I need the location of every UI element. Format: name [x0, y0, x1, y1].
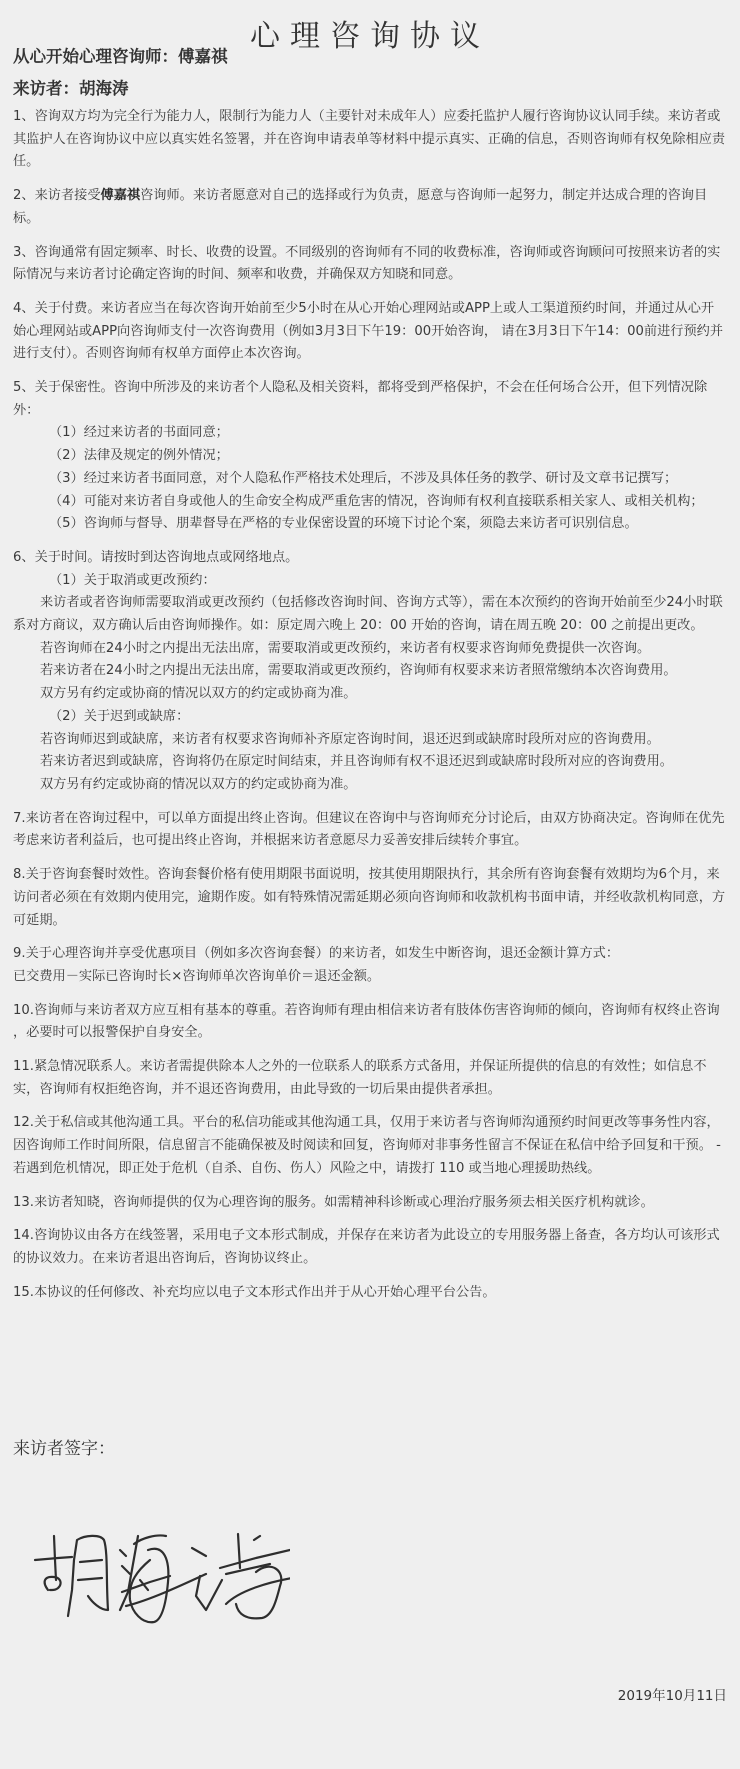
clause-4: 4、关于付费。来访者应当在每次咨询开始前至少5小时在从心开始心理网站或APP上或… [13, 298, 727, 366]
subsection-paragraph: 双方另有约定或协商的情况以双方的约定或协商为准。 [13, 683, 727, 706]
confidentiality-exception: （2）法律及规定的例外情况； [13, 445, 727, 468]
clause-12: 12.关于私信或其他沟通工具。平台的私信功能或其他沟通工具，仅用于来访者与咨询师… [13, 1112, 727, 1180]
clause-text: 3、咨询通常有固定频率、时长、收费的设置。不同级别的咨询师有不同的收费标准，咨询… [13, 242, 727, 287]
counselor-label: 从心开始心理咨询师： [13, 47, 178, 66]
clause-text: 9.关于心理咨询并享受优惠项目（例如多次咨询套餐）的来访者，如发生中断咨询，退还… [13, 943, 727, 966]
clause-3: 3、咨询通常有固定频率、时长、收费的设置。不同级别的咨询师有不同的收费标准，咨询… [13, 242, 727, 287]
client-label: 来访者： [13, 79, 79, 98]
clause-text: 14.咨询协议由各方在线签署，采用电子文本形式制成，并保存在来访者为此设立的专用… [13, 1225, 727, 1270]
signature-label: 来访者签字： [13, 1437, 115, 1461]
refund-formula: 已交费用－实际已咨询时长×咨询师单次咨询单价＝退还金额。 [13, 966, 727, 989]
subsection-paragraph: 来访者或者咨询师需要取消或更改预约（包括修改咨询时间、咨询方式等），需在本次预约… [13, 592, 727, 637]
clause-text: 7.来访者在咨询过程中，可以单方面提出终止咨询。但建议在咨询中与咨询师充分讨论后… [13, 808, 727, 853]
clause-10: 10.咨询师与来访者双方应互相有基本的尊重。若咨询师有理由相信来访者有肢体伤害咨… [13, 1000, 727, 1045]
clause-text: 2、来访者接受傅嘉祺咨询师。来访者愿意对自己的选择或行为负责，愿意与咨询师一起努… [13, 185, 727, 230]
subsection-paragraph: 若咨询师迟到或缺席，来访者有权要求咨询师补齐原定咨询时间，退还迟到或缺席时段所对… [13, 729, 727, 752]
confidentiality-exception: （5）咨询师与督导、朋辈督导在严格的专业保密设置的环境下讨论个案，须隐去来访者可… [13, 513, 727, 536]
clause-11: 11.紧急情况联系人。来访者需提供除本人之外的一位联系人的联系方式备用，并保证所… [13, 1056, 727, 1101]
confidentiality-exception: （3）经过来访者书面同意，对个人隐私作严格技术处理后，不涉及具体任务的教学、研讨… [13, 468, 727, 491]
clause-8: 8.关于咨询套餐时效性。咨询套餐价格有使用期限书面说明，按其使用期限执行，其余所… [13, 864, 727, 932]
clause-text: 1、咨询双方均为完全行为能力人，限制行为能力人（主要针对未成年人）应委托监护人履… [13, 106, 727, 174]
clause-2: 2、来访者接受傅嘉祺咨询师。来访者愿意对自己的选择或行为负责，愿意与咨询师一起努… [13, 185, 727, 230]
clause-text: 13.来访者知晓，咨询师提供的仅为心理咨询的服务。如需精神科诊断或心理治疗服务须… [13, 1192, 727, 1215]
client-line: 来访者：胡海涛 [13, 78, 129, 100]
client-name: 胡海涛 [79, 79, 129, 98]
clause-text: 12.关于私信或其他沟通工具。平台的私信功能或其他沟通工具，仅用于来访者与咨询师… [13, 1112, 727, 1180]
subsection-paragraph: 双方另有约定或协商的情况以双方的约定或协商为准。 [13, 774, 727, 797]
agreement-clauses: 1、咨询双方均为完全行为能力人，限制行为能力人（主要针对未成年人）应委托监护人履… [13, 106, 727, 1315]
clause-intro: 6、关于时间。请按时到达咨询地点或网络地点。 [13, 547, 727, 570]
confidentiality-exception: （1）经过来访者的书面同意； [13, 422, 727, 445]
clause-text: 4、关于付费。来访者应当在每次咨询开始前至少5小时在从心开始心理网站或APP上或… [13, 298, 727, 366]
subsection-paragraph: 若咨询师在24小时之内提出无法出席，需要取消或更改预约，来访者有权要求咨询师免费… [13, 638, 727, 661]
signing-date: 2019年10月11日 [618, 1684, 727, 1704]
clause-text: 15.本协议的任何修改、补充均应以电子文本形式作出并于从心开始心理平台公告。 [13, 1282, 727, 1305]
clause-5: 5、关于保密性。咨询中所涉及的来访者个人隐私及相关资料，都将受到严格保护，不会在… [13, 377, 727, 536]
clause-intro: 5、关于保密性。咨询中所涉及的来访者个人隐私及相关资料，都将受到严格保护，不会在… [13, 377, 727, 422]
clause-text: 8.关于咨询套餐时效性。咨询套餐价格有使用期限书面说明，按其使用期限执行，其余所… [13, 864, 727, 932]
clause-text: 11.紧急情况联系人。来访者需提供除本人之外的一位联系人的联系方式备用，并保证所… [13, 1056, 727, 1101]
clause-7: 7.来访者在咨询过程中，可以单方面提出终止咨询。但建议在咨询中与咨询师充分讨论后… [13, 808, 727, 853]
counselor-name: 傅嘉祺 [178, 47, 228, 66]
counselor-line: 从心开始心理咨询师：傅嘉祺 [13, 46, 228, 68]
counselor-name-inline: 傅嘉祺 [101, 188, 141, 203]
clause-13: 13.来访者知晓，咨询师提供的仅为心理咨询的服务。如需精神科诊断或心理治疗服务须… [13, 1192, 727, 1215]
clause-6: 6、关于时间。请按时到达咨询地点或网络地点。 （1）关于取消或更改预约： 来访者… [13, 547, 727, 797]
clause-15: 15.本协议的任何修改、补充均应以电子文本形式作出并于从心开始心理平台公告。 [13, 1282, 727, 1305]
clause-14: 14.咨询协议由各方在线签署，采用电子文本形式制成，并保存在来访者为此设立的专用… [13, 1225, 727, 1270]
subsection-title: （1）关于取消或更改预约： [13, 570, 727, 593]
subsection-paragraph: 若来访者迟到或缺席，咨询将仍在原定时间结束，并且咨询师有权不退还迟到或缺席时段所… [13, 751, 727, 774]
consultation-agreement-page: 心理咨询协议 从心开始心理咨询师：傅嘉祺 来访者：胡海涛 1、咨询双方均为完全行… [0, 0, 740, 1769]
clause-text: 10.咨询师与来访者双方应互相有基本的尊重。若咨询师有理由相信来访者有肢体伤害咨… [13, 1000, 727, 1045]
clause-1: 1、咨询双方均为完全行为能力人，限制行为能力人（主要针对未成年人）应委托监护人履… [13, 106, 727, 174]
confidentiality-exception: （4）可能对来访者自身或他人的生命安全构成严重危害的情况，咨询师有权利直接联系相… [13, 491, 727, 514]
subsection-title: （2）关于迟到或缺席： [13, 706, 727, 729]
clause-prefix: 2、来访者接受 [13, 188, 101, 203]
subsection-paragraph: 若来访者在24小时之内提出无法出席，需要取消或更改预约，咨询师有权要求来访者照常… [13, 660, 727, 683]
handwritten-signature [30, 1520, 290, 1640]
clause-9: 9.关于心理咨询并享受优惠项目（例如多次咨询套餐）的来访者，如发生中断咨询，退还… [13, 943, 727, 988]
